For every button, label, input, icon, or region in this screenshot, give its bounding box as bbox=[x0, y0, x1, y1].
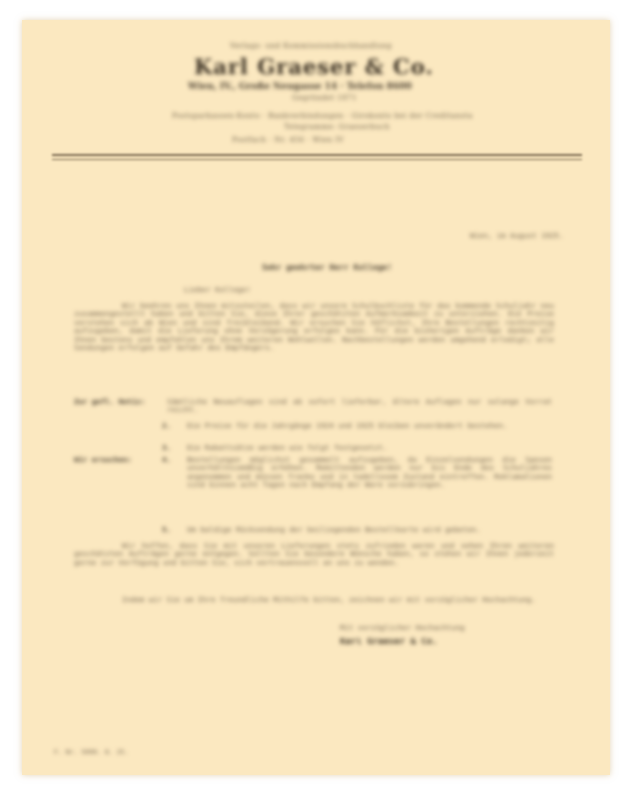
closing-paragraph: Indem wir Sie um Ihre freundliche Mithil… bbox=[74, 596, 554, 614]
item-label: Zur gefl. Notiz: bbox=[74, 398, 145, 406]
item-marker: 3. bbox=[162, 444, 171, 452]
letterhead-rule-thin bbox=[52, 159, 582, 160]
item-label: Wir ersuchen: bbox=[74, 456, 132, 464]
letter-page: Verlags- und Kommissionsbuchhandlung Kar… bbox=[22, 20, 610, 775]
closing-paragraph: Wir hoffen, dass Sie mit unseren Lieferu… bbox=[74, 542, 554, 584]
item-marker: 2. bbox=[162, 422, 171, 430]
letterhead-address: Wien, IV., Große Neugasse 14 · Telefon 8… bbox=[188, 82, 412, 92]
letterhead-rule bbox=[52, 154, 582, 156]
letter-date: Wien, im August 1925. bbox=[470, 232, 563, 240]
letterhead-sub1: Gegründet 1871 bbox=[292, 94, 357, 102]
letterhead-sub3: Telegramme: Graeserbuch bbox=[284, 123, 390, 131]
item-text: Um baldige Rücksendung der beiliegenden … bbox=[187, 526, 481, 534]
item-marker: 4. bbox=[162, 456, 171, 464]
letter-title: Sehr geehrter Herr Kollege! bbox=[262, 264, 392, 272]
item-text: Die Preise für die Jahrgänge 1924 und 19… bbox=[187, 422, 552, 440]
item-text: Die Rabattsätze werden wie folgt festges… bbox=[187, 444, 387, 452]
footer-code: F. Nr. 5000. 8. 25. bbox=[54, 748, 128, 756]
letter-paragraph: Wir beehren uns Ihnen mitzuteilen, dass … bbox=[74, 302, 554, 386]
letter-greeting: Lieber Kollege! bbox=[184, 286, 251, 294]
signature: Karl Graeser & Co. bbox=[340, 638, 438, 646]
letterhead-company: Karl Graeser & Co. bbox=[194, 54, 434, 79]
item-marker: 5. bbox=[162, 526, 171, 534]
letterhead-sub4: Postfach · Nr. 456 · Wien IV bbox=[232, 136, 344, 144]
item-text: Bestellungen möglichst gesammelt aufzuge… bbox=[187, 456, 552, 516]
letterhead-tagline: Verlags- und Kommissionsbuchhandlung bbox=[230, 42, 392, 50]
signoff: Mit vorzüglicher Hochachtung bbox=[340, 624, 465, 632]
item-text: Sämtliche Neuauflagen sind ab sofort lie… bbox=[167, 398, 552, 416]
letterhead-sub2: Postsparkassen-Konto · Bankverbindungen … bbox=[172, 112, 472, 120]
